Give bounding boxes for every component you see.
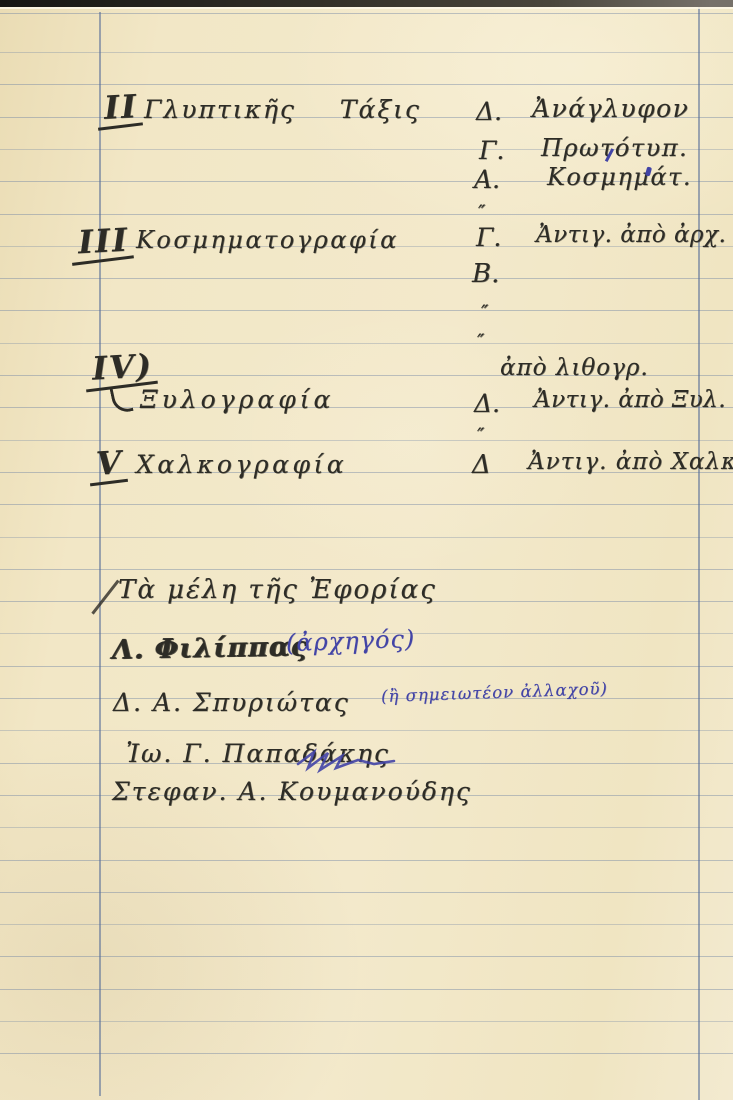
section-numeral-iii: III <box>77 223 130 261</box>
section-numeral-v: V <box>95 445 124 482</box>
ruled-line <box>0 1053 733 1054</box>
member-name: Λ. Φιλίππας <box>112 632 309 665</box>
ruled-line <box>0 84 733 85</box>
entry-ditto-mark: ″ <box>478 201 487 223</box>
entry-letter: Β. <box>472 260 499 289</box>
entry-text: ἀπὸ λιθογρ. <box>500 356 649 381</box>
paper: II Γλυπτικῆς Τάξις III Κοσμηματογραφία I… <box>0 0 733 1100</box>
scan-top-highlight <box>0 7 733 9</box>
entry-letter: Α. <box>474 166 500 194</box>
section-numeral-ii: II <box>103 89 139 126</box>
entry-letter: Δ <box>472 451 491 480</box>
members-heading: Τὰ μέλη τῆς Ἐφορίας <box>118 576 437 605</box>
section-title-v: Χαλκογραφία <box>136 451 347 479</box>
ruled-line <box>0 537 733 538</box>
section-title-iv: Ξυλογραφία <box>140 386 334 414</box>
entry-ditto-mark: ″ <box>477 424 486 446</box>
entry-letter: Δ. <box>474 390 500 418</box>
member-note: (ἀρχηγός) <box>286 626 416 657</box>
entry-text: Πρωτότυπ. <box>541 135 688 161</box>
section-title-ii: Γλυπτικῆς Τάξις <box>144 96 421 124</box>
scan-top-edge <box>0 0 733 7</box>
ruled-line <box>0 504 733 505</box>
ruled-line <box>0 989 733 990</box>
section-title-iii: Κοσμηματογραφία <box>136 227 399 253</box>
ruled-line <box>0 827 733 828</box>
ruled-line <box>0 1021 733 1022</box>
blue-correction-squiggle <box>296 744 400 776</box>
entry-text: Κοσμημάτ. <box>547 164 692 190</box>
member-name: Δ. Α. Σπυριώτας <box>113 689 350 717</box>
ruled-line <box>0 440 733 441</box>
section-numeral-iv: IV) <box>91 348 154 386</box>
member-note: (ἢ σημειωτέον ἀλλαχοῦ) <box>381 680 609 706</box>
ruled-line <box>0 698 733 699</box>
margin-line-right <box>698 0 700 1100</box>
ruled-line <box>0 666 733 667</box>
entry-text: Ἀνάγλυφον <box>532 95 689 123</box>
ruled-line <box>0 214 733 215</box>
ruled-line <box>0 343 733 344</box>
ruled-line <box>0 52 733 53</box>
entry-letter: Γ. <box>479 137 504 165</box>
margin-line-left <box>99 12 101 1096</box>
entry-letter: Γ. <box>476 224 501 252</box>
ruled-line <box>0 569 733 570</box>
entry-ditto-mark: ″ <box>477 330 486 352</box>
ruled-line <box>0 924 733 925</box>
ruled-line <box>0 310 733 311</box>
ruled-line <box>0 860 733 861</box>
entry-ditto-mark: ″ <box>481 301 490 323</box>
ruled-line <box>0 278 733 279</box>
ruled-line <box>0 892 733 893</box>
entry-text: Ἀντιγ. ἀπὸ Χαλκ. <box>528 450 733 475</box>
ruled-line <box>0 956 733 957</box>
entry-text: Ἀντιγ. ἀπὸ ἀρχ. <box>536 223 726 248</box>
ruled-line <box>0 13 733 14</box>
stray-pen-stroke <box>91 580 119 615</box>
numeral-iv-flourish <box>109 384 133 414</box>
entry-text: Ἀντιγ. ἀπὸ Ξυλ. <box>534 388 726 413</box>
member-name: Στεφαν. Α. Κουμανούδης <box>112 778 472 806</box>
ruled-line <box>0 730 733 731</box>
entry-letter: Δ. <box>476 98 502 126</box>
